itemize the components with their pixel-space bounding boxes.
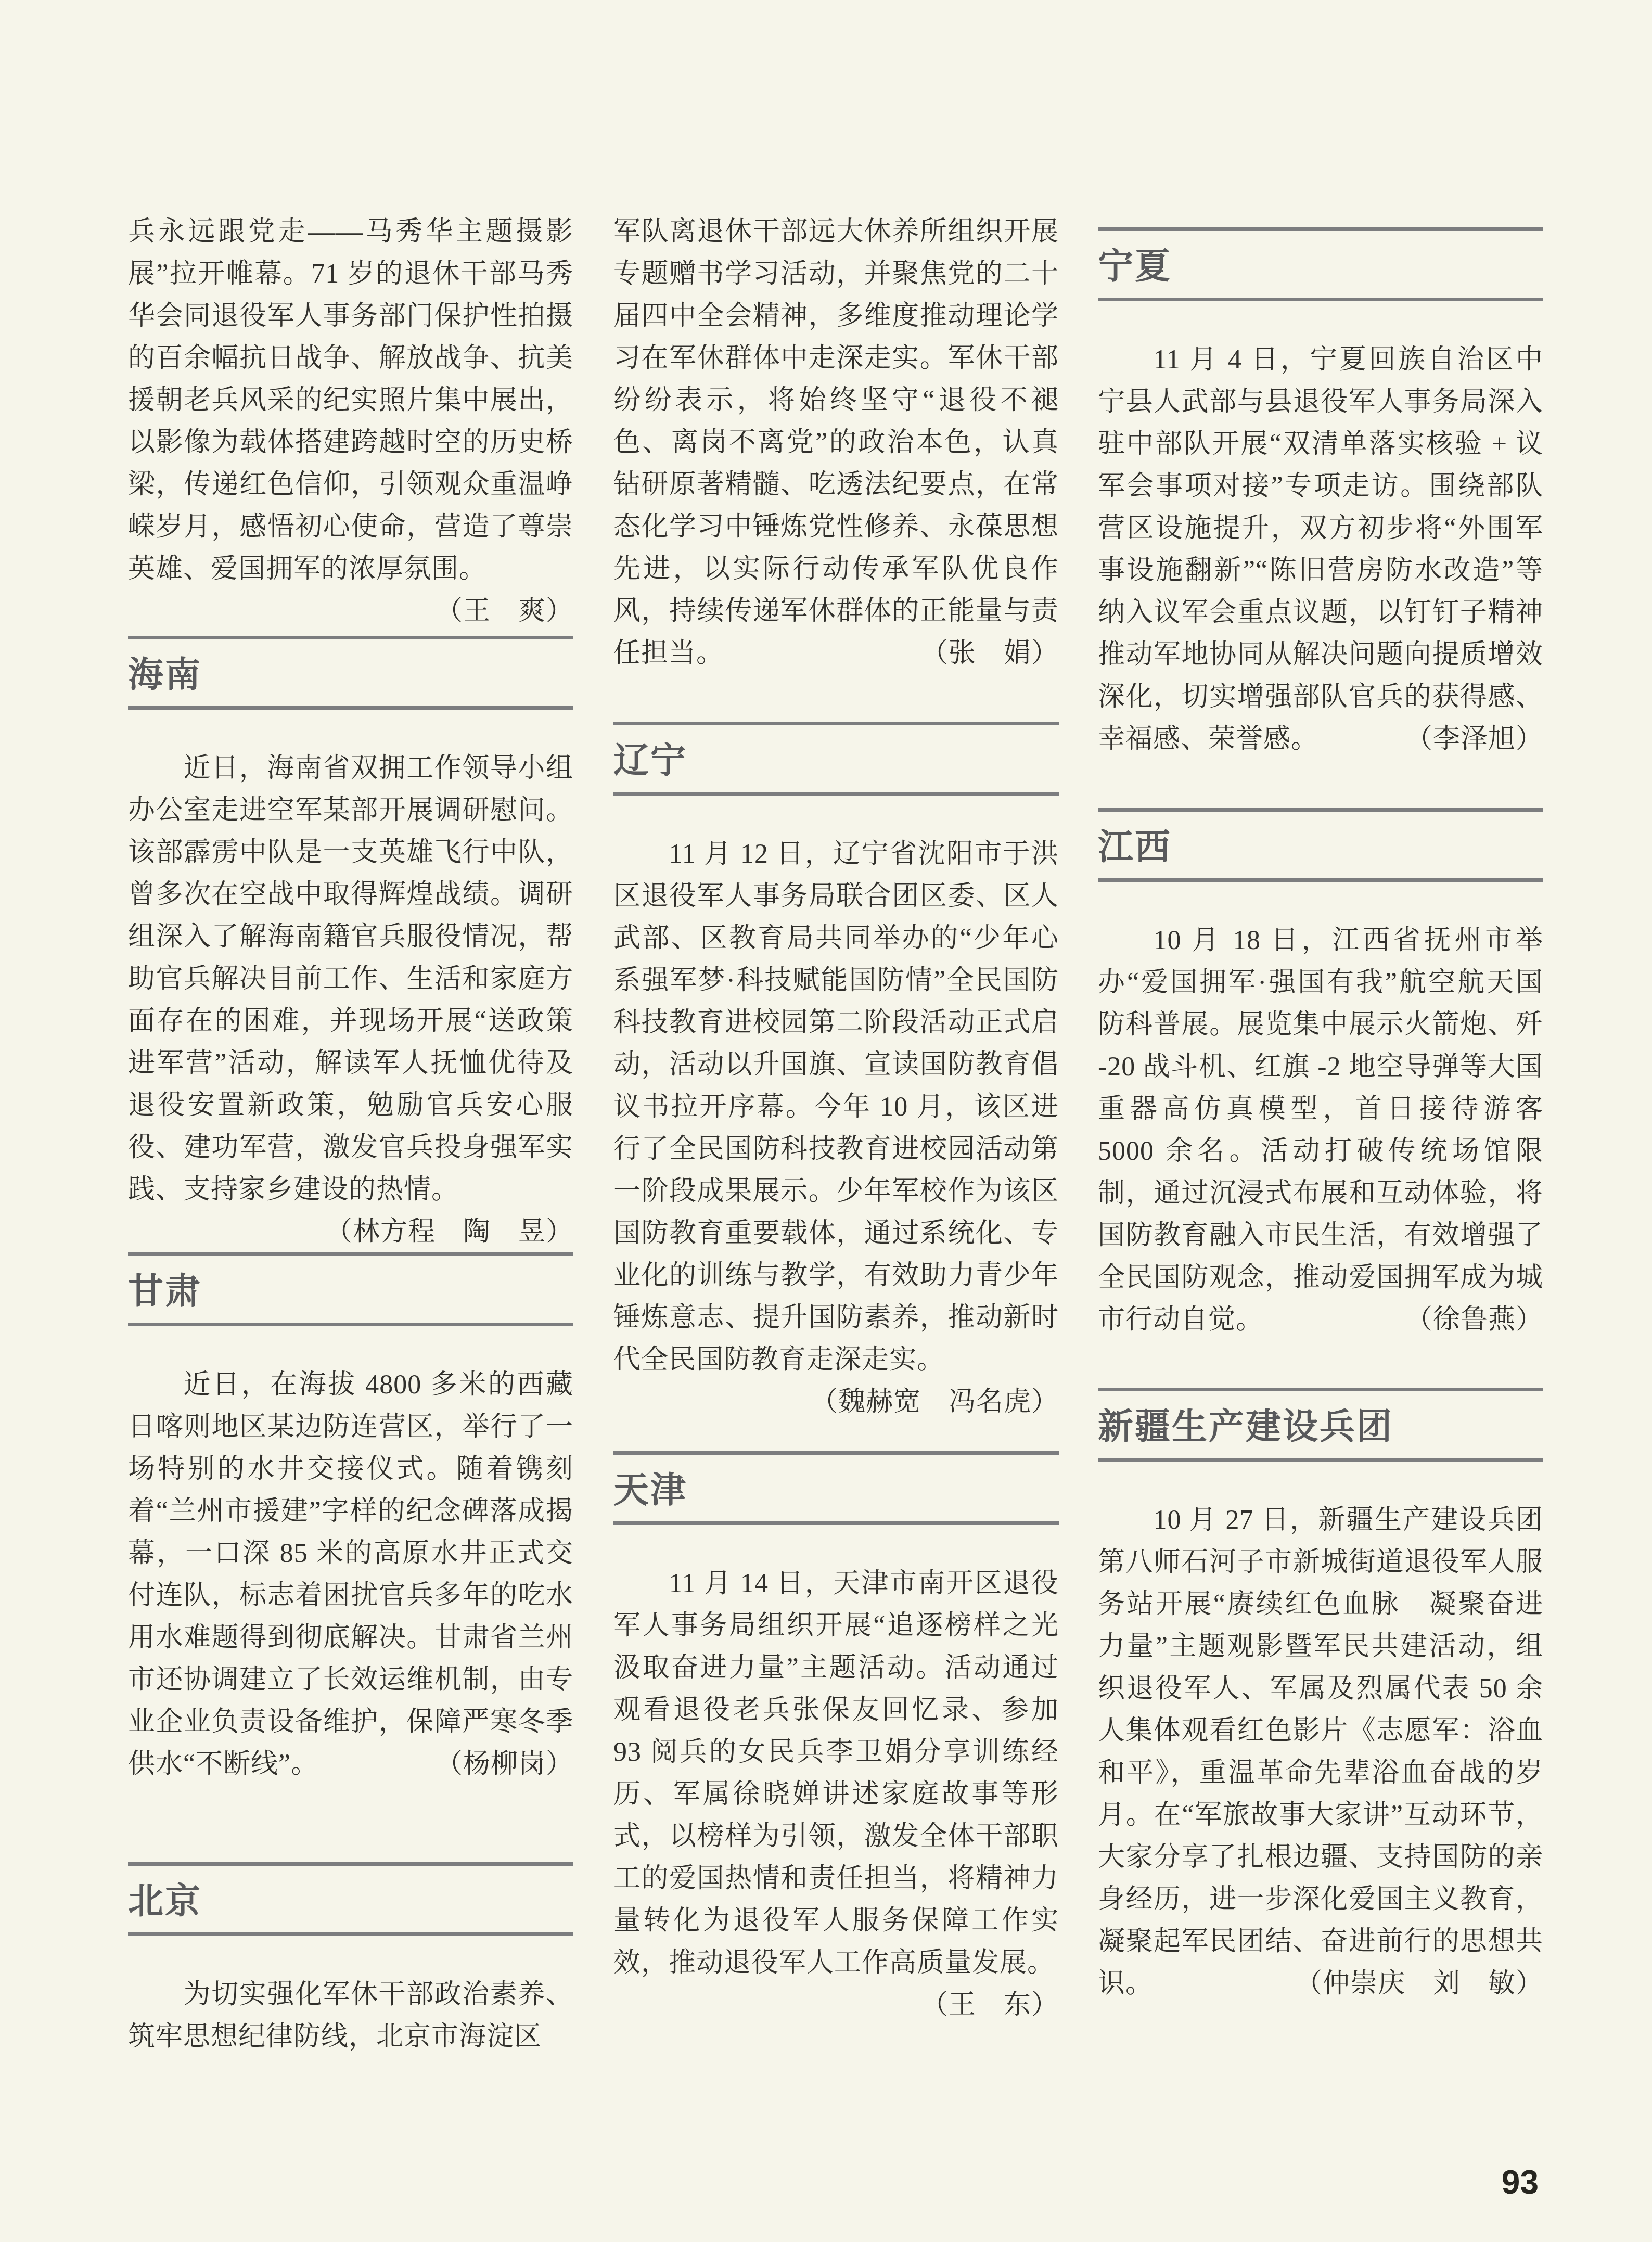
news-text: 10 月 27 日，新疆生产建设兵团第八师石河子市新城街道退役军人服务站开展“赓… xyxy=(1098,1505,1543,1998)
news-paragraph: 10 月 18 日，江西省抚州市举办“爱国拥军·强国有我”航空航天国防科普展。展… xyxy=(1098,919,1543,1341)
section-header-hainan: 海南 xyxy=(128,636,573,710)
section-header-jiangxi: 江西 xyxy=(1098,808,1543,882)
column-2: 军队离退休干部远大休养所组织开展专题赠书学习活动，并聚焦党的二十届四中全会精神，… xyxy=(613,0,1059,2242)
section-header-beijing: 北京 xyxy=(128,1862,573,1936)
section-header-xinjiang-bingtuan: 新疆生产建设兵团 xyxy=(1098,1388,1543,1462)
section-title: 海南 xyxy=(128,657,573,693)
attribution: （魏赫宽 冯名虎） xyxy=(755,1381,1059,1423)
news-paragraph: 近日，在海拔 4800 多米的西藏日喀则地区某边防连营区，举行了一场特别的水井交… xyxy=(128,1364,573,1785)
section-title: 江西 xyxy=(1098,829,1543,865)
attribution: （徐鲁燕） xyxy=(1350,1299,1543,1341)
news-paragraph: 为切实强化军休干部政治素养、筑牢思想纪律防线，北京市海淀区 xyxy=(128,1974,573,2058)
column-3: 宁夏 11 月 4 日，宁夏回族自治区中宁县人武部与县退役军人事务局深入驻中部队… xyxy=(1098,0,1543,2242)
section-title: 天津 xyxy=(613,1472,1059,1508)
attribution: （李泽旭） xyxy=(1350,718,1543,760)
attribution: （王 东） xyxy=(865,1984,1059,2026)
news-text: 11 月 14 日，天津市南开区退役军人事务局组织开展“追逐榜样之光 汲取奋进力… xyxy=(613,1569,1086,1978)
section-header-tianjin: 天津 xyxy=(613,1451,1059,1525)
news-paragraph: 11 月 4 日，宁夏回族自治区中宁县人武部与县退役军人事务局深入驻中部队开展“… xyxy=(1098,339,1543,760)
section-title: 北京 xyxy=(128,1884,573,1919)
magazine-page: 兵永远跟党走——马秀华主题摄影展”拉开帷幕。71 岁的退休干部马秀华会同退役军人… xyxy=(0,0,1652,2242)
news-text: 为切实强化军休干部政治素养、筑牢思想纪律防线，北京市海淀区 xyxy=(128,1980,573,2052)
attribution: （仲崇庆 刘 敏） xyxy=(1239,1963,1543,2005)
news-paragraph: 10 月 27 日，新疆生产建设兵团第八师石河子市新城街道退役军人服务站开展“赓… xyxy=(1098,1499,1543,2005)
attribution: （王 爽） xyxy=(436,590,573,632)
section-header-liaoning: 辽宁 xyxy=(613,722,1059,796)
section-title: 辽宁 xyxy=(613,743,1059,778)
news-paragraph: 军队离退休干部远大休养所组织开展专题赠书学习活动，并聚焦党的二十届四中全会精神，… xyxy=(613,211,1059,674)
news-text: 10 月 18 日，江西省抚州市举办“爱国拥军·强国有我”航空航天国防科普展。展… xyxy=(1098,926,1543,1335)
news-paragraph: 11 月 12 日，辽宁省沈阳市于洪区退役军人事务局联合团区委、区人武部、区教育… xyxy=(613,833,1059,1381)
news-text: 近日，海南省双拥工作领导小组办公室走进空军某部开展调研慰问。该部霹雳中队是一支英… xyxy=(128,753,573,1205)
news-paragraph: 兵永远跟党走——马秀华主题摄影展”拉开帷幕。71 岁的退休干部马秀华会同退役军人… xyxy=(128,211,573,590)
section-title: 新疆生产建设兵团 xyxy=(1098,1409,1543,1444)
news-text: 近日，在海拔 4800 多米的西藏日喀则地区某边防连营区，举行了一场特别的水井交… xyxy=(128,1370,573,1779)
news-text: 11 月 12 日，辽宁省沈阳市于洪区退役军人事务局联合团区委、区人武部、区教育… xyxy=(613,839,1059,1375)
section-header-gansu: 甘肃 xyxy=(128,1252,573,1326)
attribution: （杨柳岗） xyxy=(380,1743,573,1785)
news-text: 11 月 4 日，宁夏回族自治区中宁县人武部与县退役军人事务局深入驻中部队开展“… xyxy=(1098,345,1543,754)
news-text: 兵永远跟党走——马秀华主题摄影展”拉开帷幕。71 岁的退休干部马秀华会同退役军人… xyxy=(128,217,573,584)
section-header-ningxia: 宁夏 xyxy=(1098,227,1543,301)
news-paragraph: 11 月 14 日，天津市南开区退役军人事务局组织开展“追逐榜样之光 汲取奋进力… xyxy=(613,1562,1059,1984)
news-paragraph: 近日，海南省双拥工作领导小组办公室走进空军某部开展调研慰问。该部霹雳中队是一支英… xyxy=(128,747,573,1211)
news-text: 军队离退休干部远大休养所组织开展专题赠书学习活动，并聚焦党的二十届四中全会精神，… xyxy=(613,217,1059,668)
attribution: （林方程 陶 昱） xyxy=(270,1211,573,1253)
column-1: 兵永远跟党走——马秀华主题摄影展”拉开帷幕。71 岁的退休干部马秀华会同退役军人… xyxy=(128,0,573,2242)
page-number: 93 xyxy=(1502,2166,1539,2199)
section-title: 宁夏 xyxy=(1098,249,1543,284)
attribution: （张 娟） xyxy=(921,632,1059,674)
section-title: 甘肃 xyxy=(128,1274,573,1309)
